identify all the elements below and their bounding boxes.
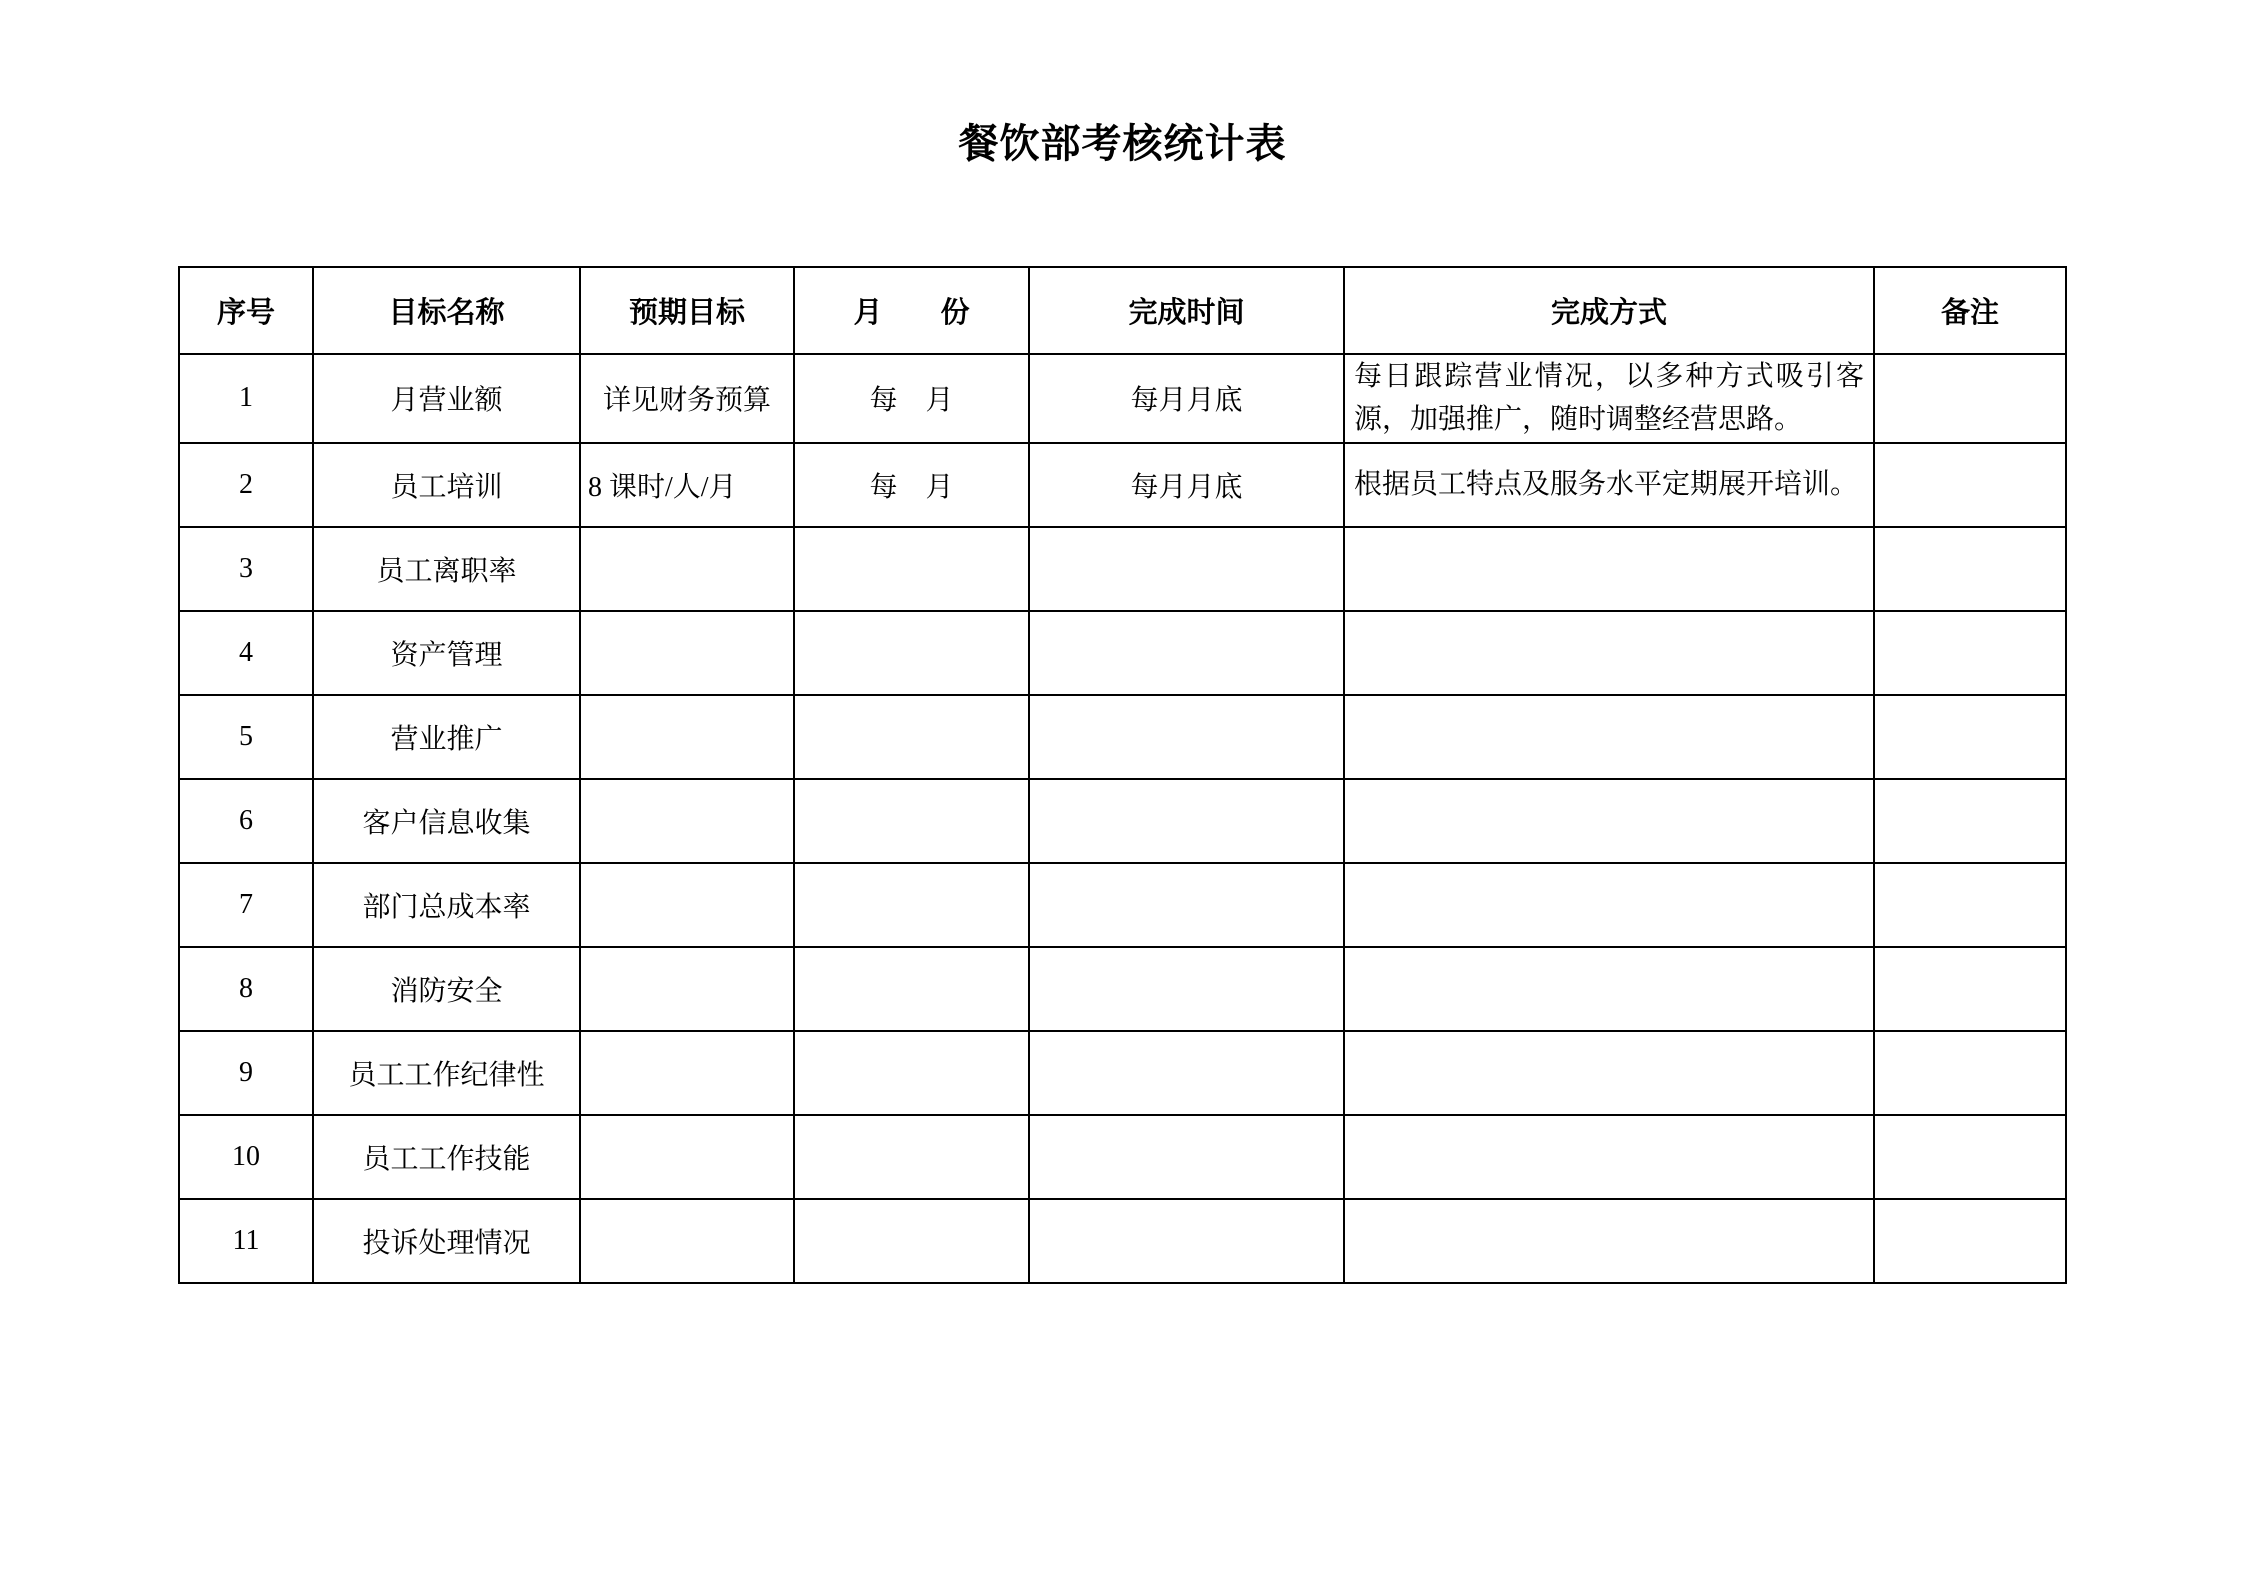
header-name: 目标名称 <box>313 267 580 354</box>
cell-name: 消防安全 <box>313 947 580 1031</box>
table-row: 4资产管理 <box>179 611 2066 695</box>
cell-no: 10 <box>179 1115 313 1199</box>
cell-method: 每日跟踪营业情况，以多种方式吸引客源，加强推广，随时调整经营思路。 <box>1344 354 1874 443</box>
cell-deadline <box>1029 527 1344 611</box>
cell-month <box>794 779 1029 863</box>
cell-expected <box>580 779 794 863</box>
cell-name: 月营业额 <box>313 354 580 443</box>
cell-note <box>1874 1031 2066 1115</box>
cell-deadline <box>1029 611 1344 695</box>
cell-deadline: 每月月底 <box>1029 443 1344 527</box>
cell-method <box>1344 863 1874 947</box>
cell-note <box>1874 354 2066 443</box>
table-row: 3员工离职率 <box>179 527 2066 611</box>
assessment-table: 序号 目标名称 预期目标 月 份 完成时间 完成方式 备注 1月营业额详见财务预… <box>178 266 2067 1284</box>
cell-deadline <box>1029 1115 1344 1199</box>
cell-note <box>1874 695 2066 779</box>
table-row: 10员工工作技能 <box>179 1115 2066 1199</box>
cell-no: 8 <box>179 947 313 1031</box>
cell-method <box>1344 1115 1874 1199</box>
header-method: 完成方式 <box>1344 267 1874 354</box>
cell-note <box>1874 1115 2066 1199</box>
cell-name: 投诉处理情况 <box>313 1199 580 1283</box>
cell-no: 7 <box>179 863 313 947</box>
cell-deadline <box>1029 695 1344 779</box>
cell-name: 员工培训 <box>313 443 580 527</box>
table-body: 1月营业额详见财务预算每 月每月月底每日跟踪营业情况，以多种方式吸引客源，加强推… <box>179 354 2066 1283</box>
cell-month <box>794 1115 1029 1199</box>
cell-note <box>1874 779 2066 863</box>
cell-month <box>794 947 1029 1031</box>
header-expected: 预期目标 <box>580 267 794 354</box>
cell-method <box>1344 1199 1874 1283</box>
page-title: 餐饮部考核统计表 <box>0 112 2245 169</box>
cell-method <box>1344 611 1874 695</box>
table-row: 9员工工作纪律性 <box>179 1031 2066 1115</box>
cell-name: 营业推广 <box>313 695 580 779</box>
cell-no: 6 <box>179 779 313 863</box>
cell-no: 4 <box>179 611 313 695</box>
cell-method <box>1344 1031 1874 1115</box>
header-month: 月 份 <box>794 267 1029 354</box>
cell-method <box>1344 527 1874 611</box>
header-note: 备注 <box>1874 267 2066 354</box>
cell-method: 根据员工特点及服务水平定期展开培训。 <box>1344 443 1874 527</box>
cell-deadline <box>1029 1199 1344 1283</box>
cell-no: 2 <box>179 443 313 527</box>
header-row: 序号 目标名称 预期目标 月 份 完成时间 完成方式 备注 <box>179 267 2066 354</box>
cell-expected <box>580 863 794 947</box>
cell-note <box>1874 863 2066 947</box>
cell-name: 员工工作技能 <box>313 1115 580 1199</box>
table-row: 8消防安全 <box>179 947 2066 1031</box>
cell-no: 3 <box>179 527 313 611</box>
cell-month <box>794 611 1029 695</box>
cell-expected <box>580 1115 794 1199</box>
cell-name: 员工工作纪律性 <box>313 1031 580 1115</box>
table-row: 11投诉处理情况 <box>179 1199 2066 1283</box>
cell-month <box>794 527 1029 611</box>
cell-month: 每 月 <box>794 354 1029 443</box>
table-row: 5营业推广 <box>179 695 2066 779</box>
cell-name: 客户信息收集 <box>313 779 580 863</box>
cell-note <box>1874 947 2066 1031</box>
cell-expected <box>580 695 794 779</box>
table-row: 6客户信息收集 <box>179 779 2066 863</box>
cell-expected <box>580 611 794 695</box>
cell-no: 9 <box>179 1031 313 1115</box>
cell-method <box>1344 695 1874 779</box>
cell-note <box>1874 443 2066 527</box>
cell-deadline <box>1029 779 1344 863</box>
cell-deadline <box>1029 947 1344 1031</box>
cell-note <box>1874 527 2066 611</box>
cell-name: 资产管理 <box>313 611 580 695</box>
cell-month: 每 月 <box>794 443 1029 527</box>
cell-expected <box>580 947 794 1031</box>
table-row: 7部门总成本率 <box>179 863 2066 947</box>
cell-method <box>1344 779 1874 863</box>
cell-note <box>1874 1199 2066 1283</box>
table-row: 1月营业额详见财务预算每 月每月月底每日跟踪营业情况，以多种方式吸引客源，加强推… <box>179 354 2066 443</box>
cell-note <box>1874 611 2066 695</box>
cell-no: 1 <box>179 354 313 443</box>
header-no: 序号 <box>179 267 313 354</box>
cell-month <box>794 1199 1029 1283</box>
cell-name: 员工离职率 <box>313 527 580 611</box>
cell-month <box>794 695 1029 779</box>
cell-month <box>794 1031 1029 1115</box>
cell-deadline <box>1029 1031 1344 1115</box>
cell-no: 5 <box>179 695 313 779</box>
cell-name: 部门总成本率 <box>313 863 580 947</box>
cell-deadline: 每月月底 <box>1029 354 1344 443</box>
cell-method <box>1344 947 1874 1031</box>
header-deadline: 完成时间 <box>1029 267 1344 354</box>
cell-no: 11 <box>179 1199 313 1283</box>
cell-month <box>794 863 1029 947</box>
cell-expected <box>580 1199 794 1283</box>
cell-expected <box>580 1031 794 1115</box>
cell-deadline <box>1029 863 1344 947</box>
table-header: 序号 目标名称 预期目标 月 份 完成时间 完成方式 备注 <box>179 267 2066 354</box>
cell-expected: 详见财务预算 <box>580 354 794 443</box>
table-row: 2员工培训8 课时/人/月每 月每月月底根据员工特点及服务水平定期展开培训。 <box>179 443 2066 527</box>
cell-expected <box>580 527 794 611</box>
cell-expected: 8 课时/人/月 <box>580 443 794 527</box>
